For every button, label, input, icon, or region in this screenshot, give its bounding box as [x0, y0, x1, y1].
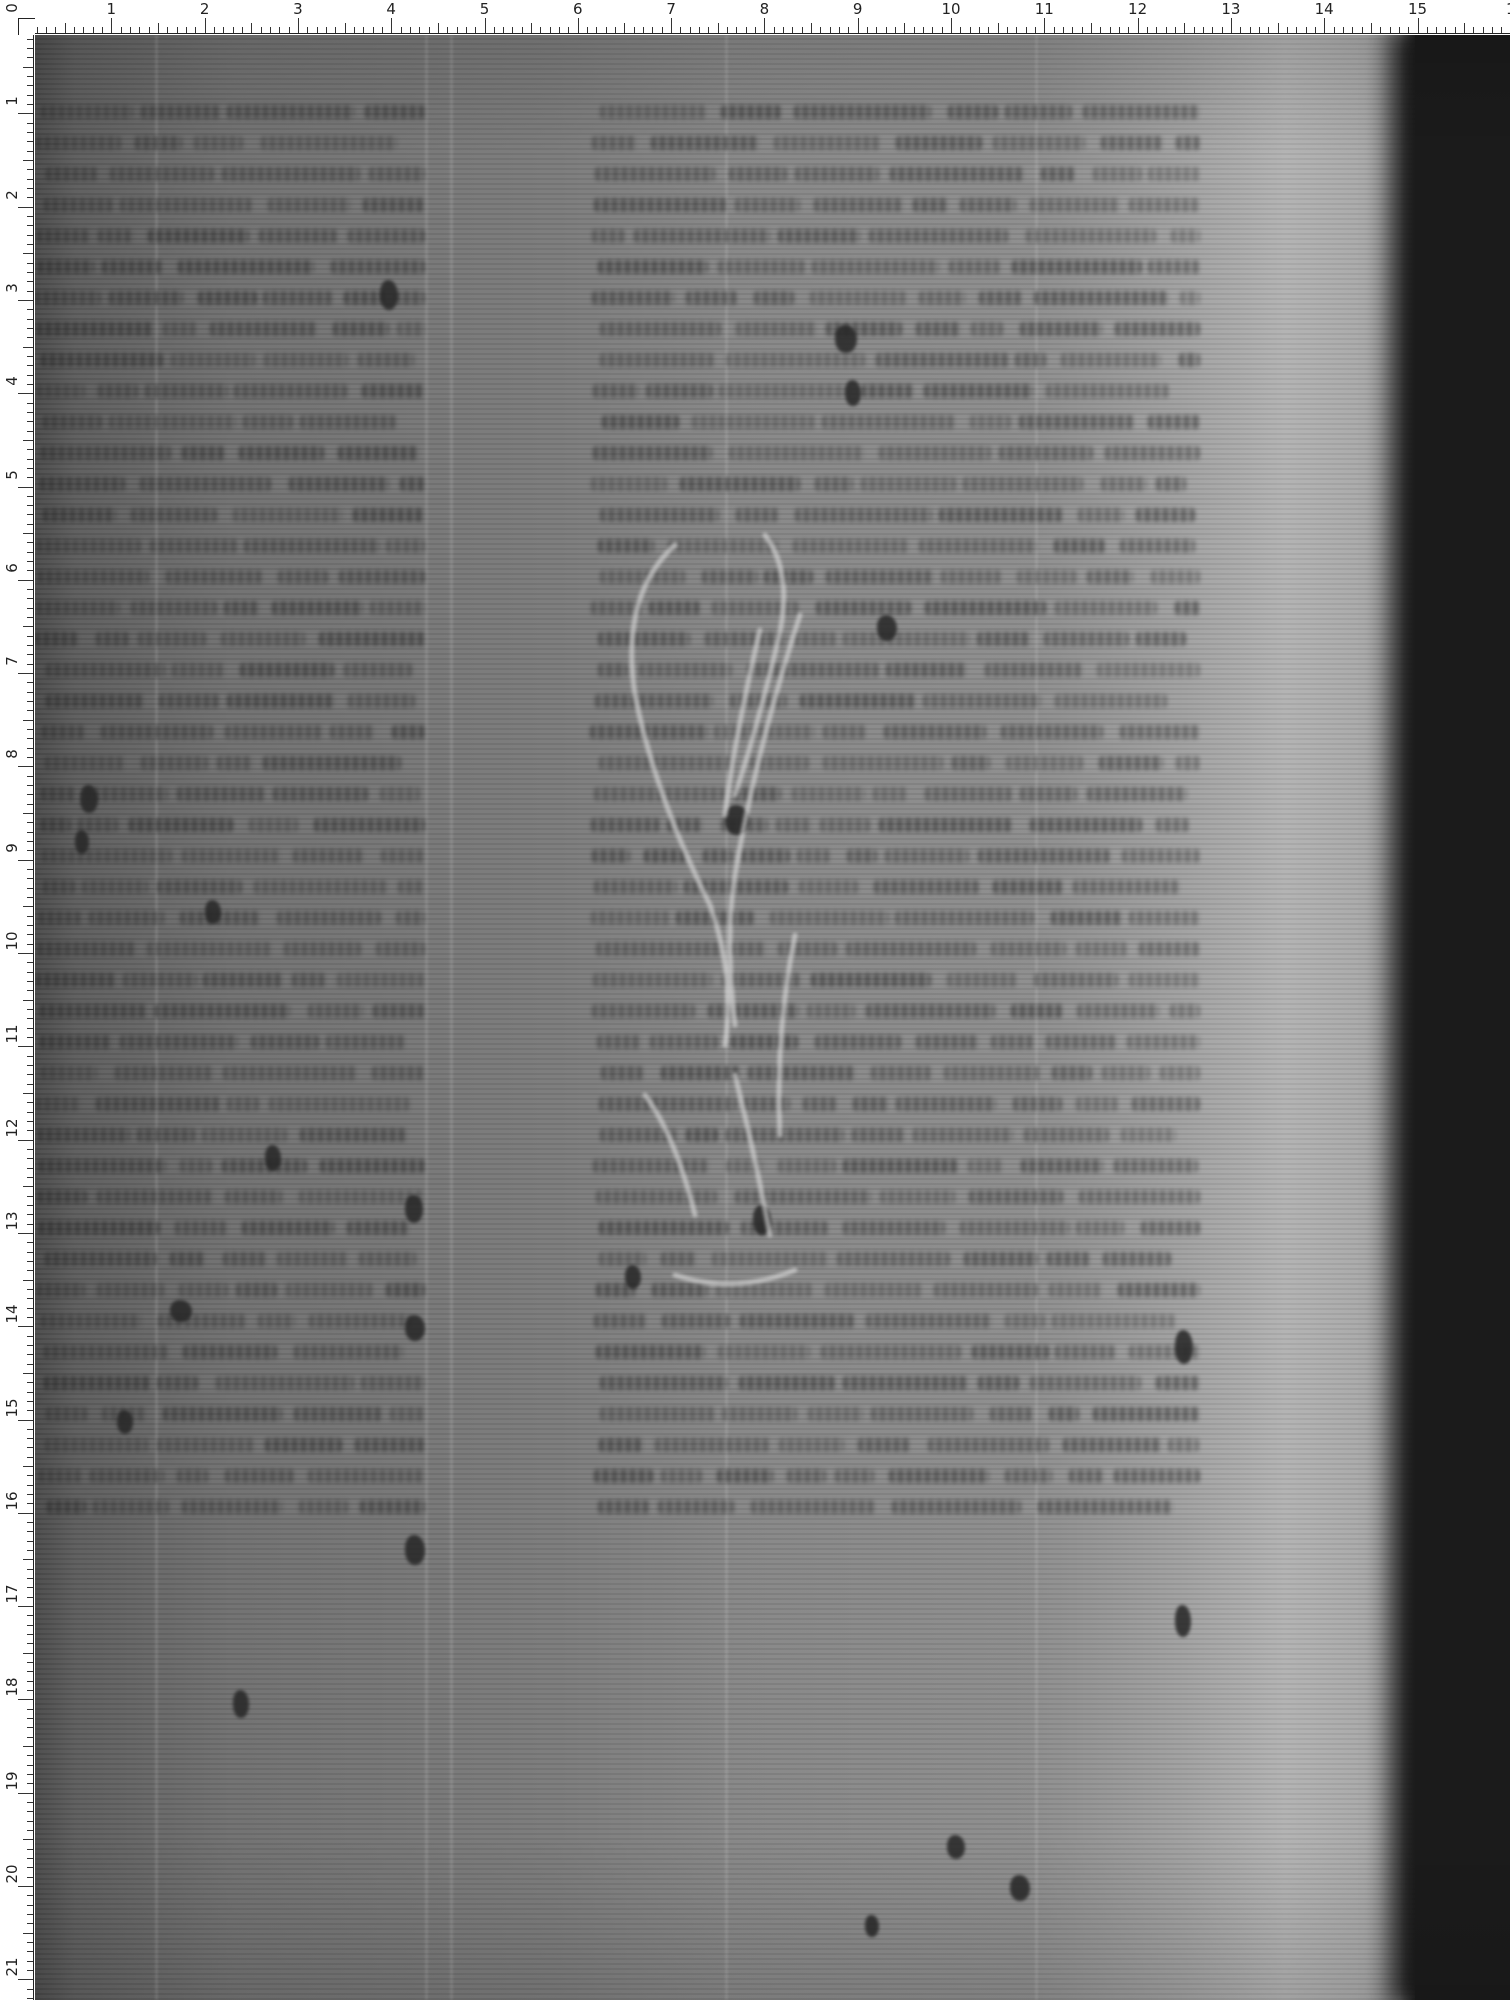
word-stroke [714, 725, 814, 739]
word-stroke [718, 1345, 810, 1359]
word-stroke [978, 1376, 1020, 1390]
left-ruler-tick [23, 1373, 33, 1374]
top-ruler-tick [1296, 27, 1297, 33]
left-ruler-tick [23, 533, 33, 534]
word-stroke [846, 942, 976, 956]
word-stroke [157, 1438, 255, 1452]
word-stroke [1044, 632, 1129, 646]
word-stroke [286, 1283, 372, 1297]
word-stroke [800, 694, 915, 708]
word-stroke [1122, 849, 1200, 863]
left-ruler-tick [27, 1289, 33, 1290]
manuscript-scan: Grayscale multispectral image of a two-c… [35, 35, 1510, 2000]
manuscript-text-line [35, 374, 435, 405]
word-stroke [916, 322, 961, 336]
top-ruler-tick [195, 27, 196, 33]
ink-blot [1175, 1605, 1191, 1637]
top-ruler-tick [1044, 18, 1045, 33]
word-stroke [599, 1438, 643, 1452]
manuscript-text-line [590, 715, 1220, 746]
manuscript-text-line [35, 1211, 435, 1242]
left-ruler-tick [27, 1727, 33, 1728]
left-ruler-tick [18, 673, 33, 674]
word-stroke [892, 1500, 1020, 1514]
left-ruler-tick [27, 309, 33, 310]
word-stroke [919, 539, 1036, 553]
word-stroke [35, 632, 79, 646]
ink-blot [865, 1915, 879, 1937]
left-ruler-tick [18, 113, 33, 114]
manuscript-text-line [590, 281, 1220, 312]
word-stroke [182, 446, 225, 460]
word-stroke [661, 1252, 696, 1266]
word-stroke [37, 601, 120, 615]
left-ruler-tick [27, 636, 33, 637]
top-ruler-tick [1287, 27, 1288, 33]
manuscript-text-line [590, 1459, 1220, 1490]
word-stroke [598, 1500, 649, 1514]
manuscript-text-line [590, 932, 1220, 963]
left-ruler-label: 1 [3, 91, 21, 111]
manuscript-text-line [590, 870, 1220, 901]
word-stroke [823, 756, 943, 770]
word-stroke [822, 415, 955, 429]
word-stroke [284, 942, 360, 956]
top-ruler-tick [93, 27, 94, 33]
word-stroke [362, 384, 425, 398]
word-stroke [600, 1407, 715, 1421]
top-ruler-tick [1362, 27, 1363, 33]
word-stroke [1105, 446, 1200, 460]
word-stroke [293, 849, 364, 863]
left-ruler-tick [27, 1065, 33, 1066]
word-stroke [960, 1221, 1070, 1235]
left-ruler-tick [27, 244, 33, 245]
left-ruler-tick [27, 132, 33, 133]
word-stroke [202, 1128, 286, 1142]
top-ruler-tick [419, 27, 420, 33]
left-ruler-tick [23, 1186, 33, 1187]
manuscript-text-line [35, 1149, 435, 1180]
word-stroke [273, 787, 368, 801]
ink-blot [380, 280, 398, 310]
top-ruler-tick [494, 27, 495, 33]
word-stroke [37, 539, 141, 553]
left-ruler-tick [27, 981, 33, 982]
top-ruler-tick [503, 27, 504, 33]
manuscript-text-line [35, 529, 435, 560]
left-ruler-tick [27, 1774, 33, 1775]
left-ruler-label: 7 [3, 651, 21, 671]
word-stroke [1180, 291, 1200, 305]
left-ruler-tick [18, 393, 33, 394]
top-ruler-tick [261, 27, 262, 33]
top-ruler-tick [363, 27, 364, 33]
word-stroke [594, 880, 678, 894]
left-ruler-tick [27, 617, 33, 618]
dark-page-edge [1415, 35, 1510, 2000]
ink-blot [835, 325, 857, 353]
left-ruler-tick [27, 1587, 33, 1588]
manuscript-text-line [590, 1211, 1220, 1242]
word-stroke [109, 415, 236, 429]
top-ruler-tick [1464, 23, 1465, 33]
left-ruler-tick [27, 179, 33, 180]
left-ruler-tick [27, 1149, 33, 1150]
left-ruler-tick [27, 76, 33, 77]
word-stroke [41, 818, 71, 832]
left-ruler-tick [27, 48, 33, 49]
manuscript-text-line [35, 1273, 435, 1304]
left-ruler-label: 9 [3, 838, 21, 858]
word-stroke [835, 1469, 874, 1483]
word-stroke [339, 570, 425, 584]
word-stroke [41, 787, 77, 801]
word-stroke [225, 1190, 282, 1204]
word-stroke [1114, 1159, 1198, 1173]
left-ruler-label: 5 [3, 465, 21, 485]
word-stroke [740, 1314, 854, 1328]
manuscript-text-line [590, 529, 1220, 560]
manuscript-text-line [590, 1397, 1220, 1428]
ink-blot [405, 1315, 425, 1341]
word-stroke [294, 1407, 383, 1421]
top-ruler-tick [699, 27, 700, 33]
left-ruler-tick [27, 1923, 33, 1924]
word-stroke [1013, 1097, 1062, 1111]
top-ruler-label: 12 [1128, 0, 1147, 18]
left-ruler-tick [27, 1597, 33, 1598]
word-stroke [928, 1438, 1049, 1452]
left-ruler-tick [27, 1662, 33, 1663]
top-ruler-tick [111, 18, 112, 33]
left-ruler-tick [27, 888, 33, 889]
word-stroke [692, 415, 815, 429]
word-stroke [990, 1407, 1032, 1421]
top-ruler-tick [1147, 27, 1148, 33]
word-stroke [129, 818, 233, 832]
left-ruler-tick [27, 496, 33, 497]
word-stroke [684, 880, 787, 894]
left-ruler-tick [27, 1028, 33, 1029]
left-ruler-tick [18, 1979, 33, 1980]
word-stroke [1148, 415, 1200, 429]
left-ruler-label: 16 [3, 1491, 21, 1511]
left-ruler-tick [27, 281, 33, 282]
manuscript-text-line [590, 250, 1220, 281]
word-stroke [735, 1190, 872, 1204]
word-stroke [344, 663, 413, 677]
top-ruler-label: 11 [1035, 0, 1054, 18]
top-ruler-tick [718, 23, 719, 33]
manuscript-text-line [590, 1118, 1220, 1149]
left-ruler-tick [18, 300, 33, 301]
word-stroke [717, 1469, 773, 1483]
left-ruler-tick [27, 1037, 33, 1038]
left-ruler-tick [27, 291, 33, 292]
top-ruler-tick [1166, 27, 1167, 33]
top-ruler-tick [1250, 27, 1251, 33]
word-stroke [596, 1345, 705, 1359]
word-stroke [876, 353, 1008, 367]
word-stroke [591, 818, 659, 832]
top-ruler-tick [540, 27, 541, 33]
left-ruler-tick [27, 1681, 33, 1682]
manuscript-text-line [590, 1273, 1220, 1304]
manuscript-text-line [35, 963, 435, 994]
top-ruler-tick [830, 27, 831, 33]
top-ruler-tick [298, 18, 299, 33]
word-stroke [1020, 322, 1103, 336]
left-ruler-tick [27, 1998, 33, 1999]
word-stroke [386, 1283, 425, 1297]
left-ruler-tick [27, 263, 33, 264]
word-stroke [821, 1345, 961, 1359]
word-stroke [38, 1190, 87, 1204]
left-ruler-tick [27, 1895, 33, 1896]
word-stroke [1129, 973, 1200, 987]
left-ruler-tick [27, 104, 33, 105]
manuscript-text-line [35, 839, 435, 870]
word-stroke [1006, 756, 1083, 770]
left-ruler-tick [23, 347, 33, 348]
word-stroke [269, 1097, 409, 1111]
word-stroke [223, 1066, 357, 1080]
manuscript-text-line [590, 157, 1220, 188]
word-stroke [292, 973, 325, 987]
ink-blot [1175, 1330, 1193, 1364]
manuscript-text-line [35, 250, 435, 281]
word-stroke [36, 136, 121, 150]
word-stroke [300, 415, 396, 429]
top-ruler-tick [1016, 27, 1017, 33]
word-stroke [820, 818, 870, 832]
word-stroke [373, 1004, 425, 1018]
top-ruler-tick [485, 18, 486, 33]
top-ruler-tick [1343, 27, 1344, 33]
manuscript-text-line [590, 95, 1220, 126]
word-stroke [795, 167, 879, 181]
manuscript-text-line [590, 126, 1220, 157]
word-stroke [886, 663, 967, 677]
word-stroke [1156, 1376, 1200, 1390]
left-ruler-tick [27, 1261, 33, 1262]
word-stroke [722, 1407, 796, 1421]
left-ruler-tick [27, 1625, 33, 1626]
word-stroke [810, 291, 906, 305]
word-stroke [1129, 911, 1200, 925]
top-ruler-label: 3 [293, 0, 303, 18]
left-ruler-label: 4 [3, 371, 21, 391]
left-ruler-tick [18, 1513, 33, 1514]
word-stroke [39, 1469, 83, 1483]
word-stroke [1030, 818, 1142, 832]
left-ruler-tick [27, 1447, 33, 1448]
manuscript-text-line [35, 188, 435, 219]
word-stroke [163, 322, 196, 336]
left-ruler-tick [27, 832, 33, 833]
top-ruler-tick [373, 27, 374, 33]
left-ruler-tick [27, 1074, 33, 1075]
word-stroke [157, 880, 242, 894]
manuscript-text-line [590, 1149, 1220, 1180]
word-stroke [1078, 508, 1124, 522]
word-stroke [1099, 756, 1163, 770]
word-stroke [376, 942, 425, 956]
word-stroke [43, 415, 102, 429]
left-ruler-tick [23, 1000, 33, 1001]
word-stroke [82, 880, 148, 894]
left-ruler-tick [27, 757, 33, 758]
top-ruler-tick [764, 18, 765, 33]
manuscript-text-line [590, 188, 1220, 219]
top-ruler-tick [960, 27, 961, 33]
top-ruler-label: 2 [200, 0, 210, 18]
manuscript-text-line [35, 1242, 435, 1273]
top-ruler-tick [1119, 27, 1120, 33]
left-ruler-tick [27, 748, 33, 749]
left-ruler-tick [18, 1886, 33, 1887]
left-ruler-baseline [33, 18, 34, 2000]
word-stroke [655, 1438, 769, 1452]
word-stroke [1121, 1128, 1176, 1142]
word-stroke [38, 570, 149, 584]
top-ruler-tick [382, 27, 383, 33]
word-stroke [217, 756, 253, 770]
manuscript-text-line [590, 746, 1220, 777]
left-ruler-tick [27, 225, 33, 226]
left-ruler-tick [23, 1466, 33, 1467]
top-ruler-tick [354, 27, 355, 33]
word-stroke [778, 229, 860, 243]
word-stroke [331, 260, 425, 274]
top-ruler-tick [1203, 27, 1204, 33]
left-ruler-tick [27, 169, 33, 170]
word-stroke [861, 384, 914, 398]
word-stroke [939, 508, 1063, 522]
top-ruler-tick [1455, 27, 1456, 33]
word-stroke [147, 942, 272, 956]
word-stroke [861, 477, 957, 491]
word-stroke [794, 632, 836, 646]
left-ruler-tick [27, 850, 33, 851]
left-ruler-tick [27, 804, 33, 805]
left-ruler-tick [27, 682, 33, 683]
manuscript-text-line [590, 1056, 1220, 1087]
word-stroke [592, 291, 674, 305]
word-stroke [222, 167, 360, 181]
word-stroke [1030, 198, 1120, 212]
top-ruler-tick [774, 27, 775, 33]
manuscript-text-line [590, 994, 1220, 1025]
left-ruler-tick [27, 468, 33, 469]
word-stroke [826, 570, 934, 584]
top-ruler-tick [867, 27, 868, 33]
top-ruler-tick [1492, 27, 1493, 33]
left-ruler-tick [23, 813, 33, 814]
left-ruler-tick [23, 160, 33, 161]
word-stroke [1063, 1438, 1162, 1452]
word-stroke [795, 508, 933, 522]
word-stroke [38, 260, 94, 274]
word-stroke [779, 1438, 844, 1452]
word-stroke [89, 911, 164, 925]
word-stroke [44, 1345, 170, 1359]
top-ruler-tick [317, 27, 318, 33]
left-ruler-tick [27, 1121, 33, 1122]
manuscript-text-line [590, 653, 1220, 684]
word-stroke [1176, 756, 1200, 770]
top-ruler-tick [1390, 27, 1391, 33]
left-ruler-label: 3 [3, 278, 21, 298]
word-stroke [680, 477, 800, 491]
word-stroke [797, 849, 830, 863]
word-stroke [96, 632, 129, 646]
word-stroke [1012, 260, 1142, 274]
word-stroke [923, 694, 1041, 708]
left-ruler-label: 17 [3, 1584, 21, 1604]
word-stroke [1069, 1469, 1105, 1483]
top-ruler-tick [1222, 27, 1223, 33]
word-stroke [177, 1469, 207, 1483]
top-ruler-tick [83, 27, 84, 33]
left-ruler-tick [23, 253, 33, 254]
top-ruler-tick [802, 27, 803, 33]
word-stroke [968, 1159, 1003, 1173]
top-ruler-tick [1063, 27, 1064, 33]
left-ruler-tick [23, 1933, 33, 1934]
word-stroke [729, 446, 864, 460]
right-text-column [590, 95, 1220, 1521]
word-stroke [1001, 725, 1103, 739]
word-stroke [1103, 1252, 1171, 1266]
top-ruler-tick [615, 27, 616, 33]
manuscript-text-line [35, 591, 435, 622]
word-stroke [203, 973, 283, 987]
top-ruler-tick [858, 18, 859, 33]
top-ruler-tick [1100, 27, 1101, 33]
word-stroke [1041, 167, 1075, 181]
word-stroke [602, 415, 679, 429]
word-stroke [1005, 105, 1073, 119]
left-ruler-tick [27, 972, 33, 973]
top-ruler-tick [904, 23, 905, 33]
top-ruler-tick [1212, 27, 1213, 33]
word-stroke [1026, 229, 1157, 243]
word-stroke [330, 725, 376, 739]
word-stroke [1129, 198, 1200, 212]
word-stroke [916, 1035, 979, 1049]
top-ruler-tick [1380, 27, 1381, 33]
top-ruler-tick [727, 27, 728, 33]
word-stroke [150, 539, 238, 553]
word-stroke [251, 1035, 319, 1049]
ink-blot [845, 380, 861, 406]
word-stroke [658, 1500, 735, 1514]
top-ruler-tick [1072, 27, 1073, 33]
left-ruler-tick [27, 1690, 33, 1691]
manuscript-text-line [35, 1087, 435, 1118]
word-stroke [120, 198, 252, 212]
word-stroke [593, 973, 712, 987]
top-ruler-tick [1035, 27, 1036, 33]
manuscript-text-line [590, 963, 1220, 994]
word-stroke [598, 539, 654, 553]
word-stroke [743, 1097, 790, 1111]
ink-blot [625, 1265, 641, 1289]
word-stroke [925, 787, 1012, 801]
word-stroke [776, 818, 812, 832]
